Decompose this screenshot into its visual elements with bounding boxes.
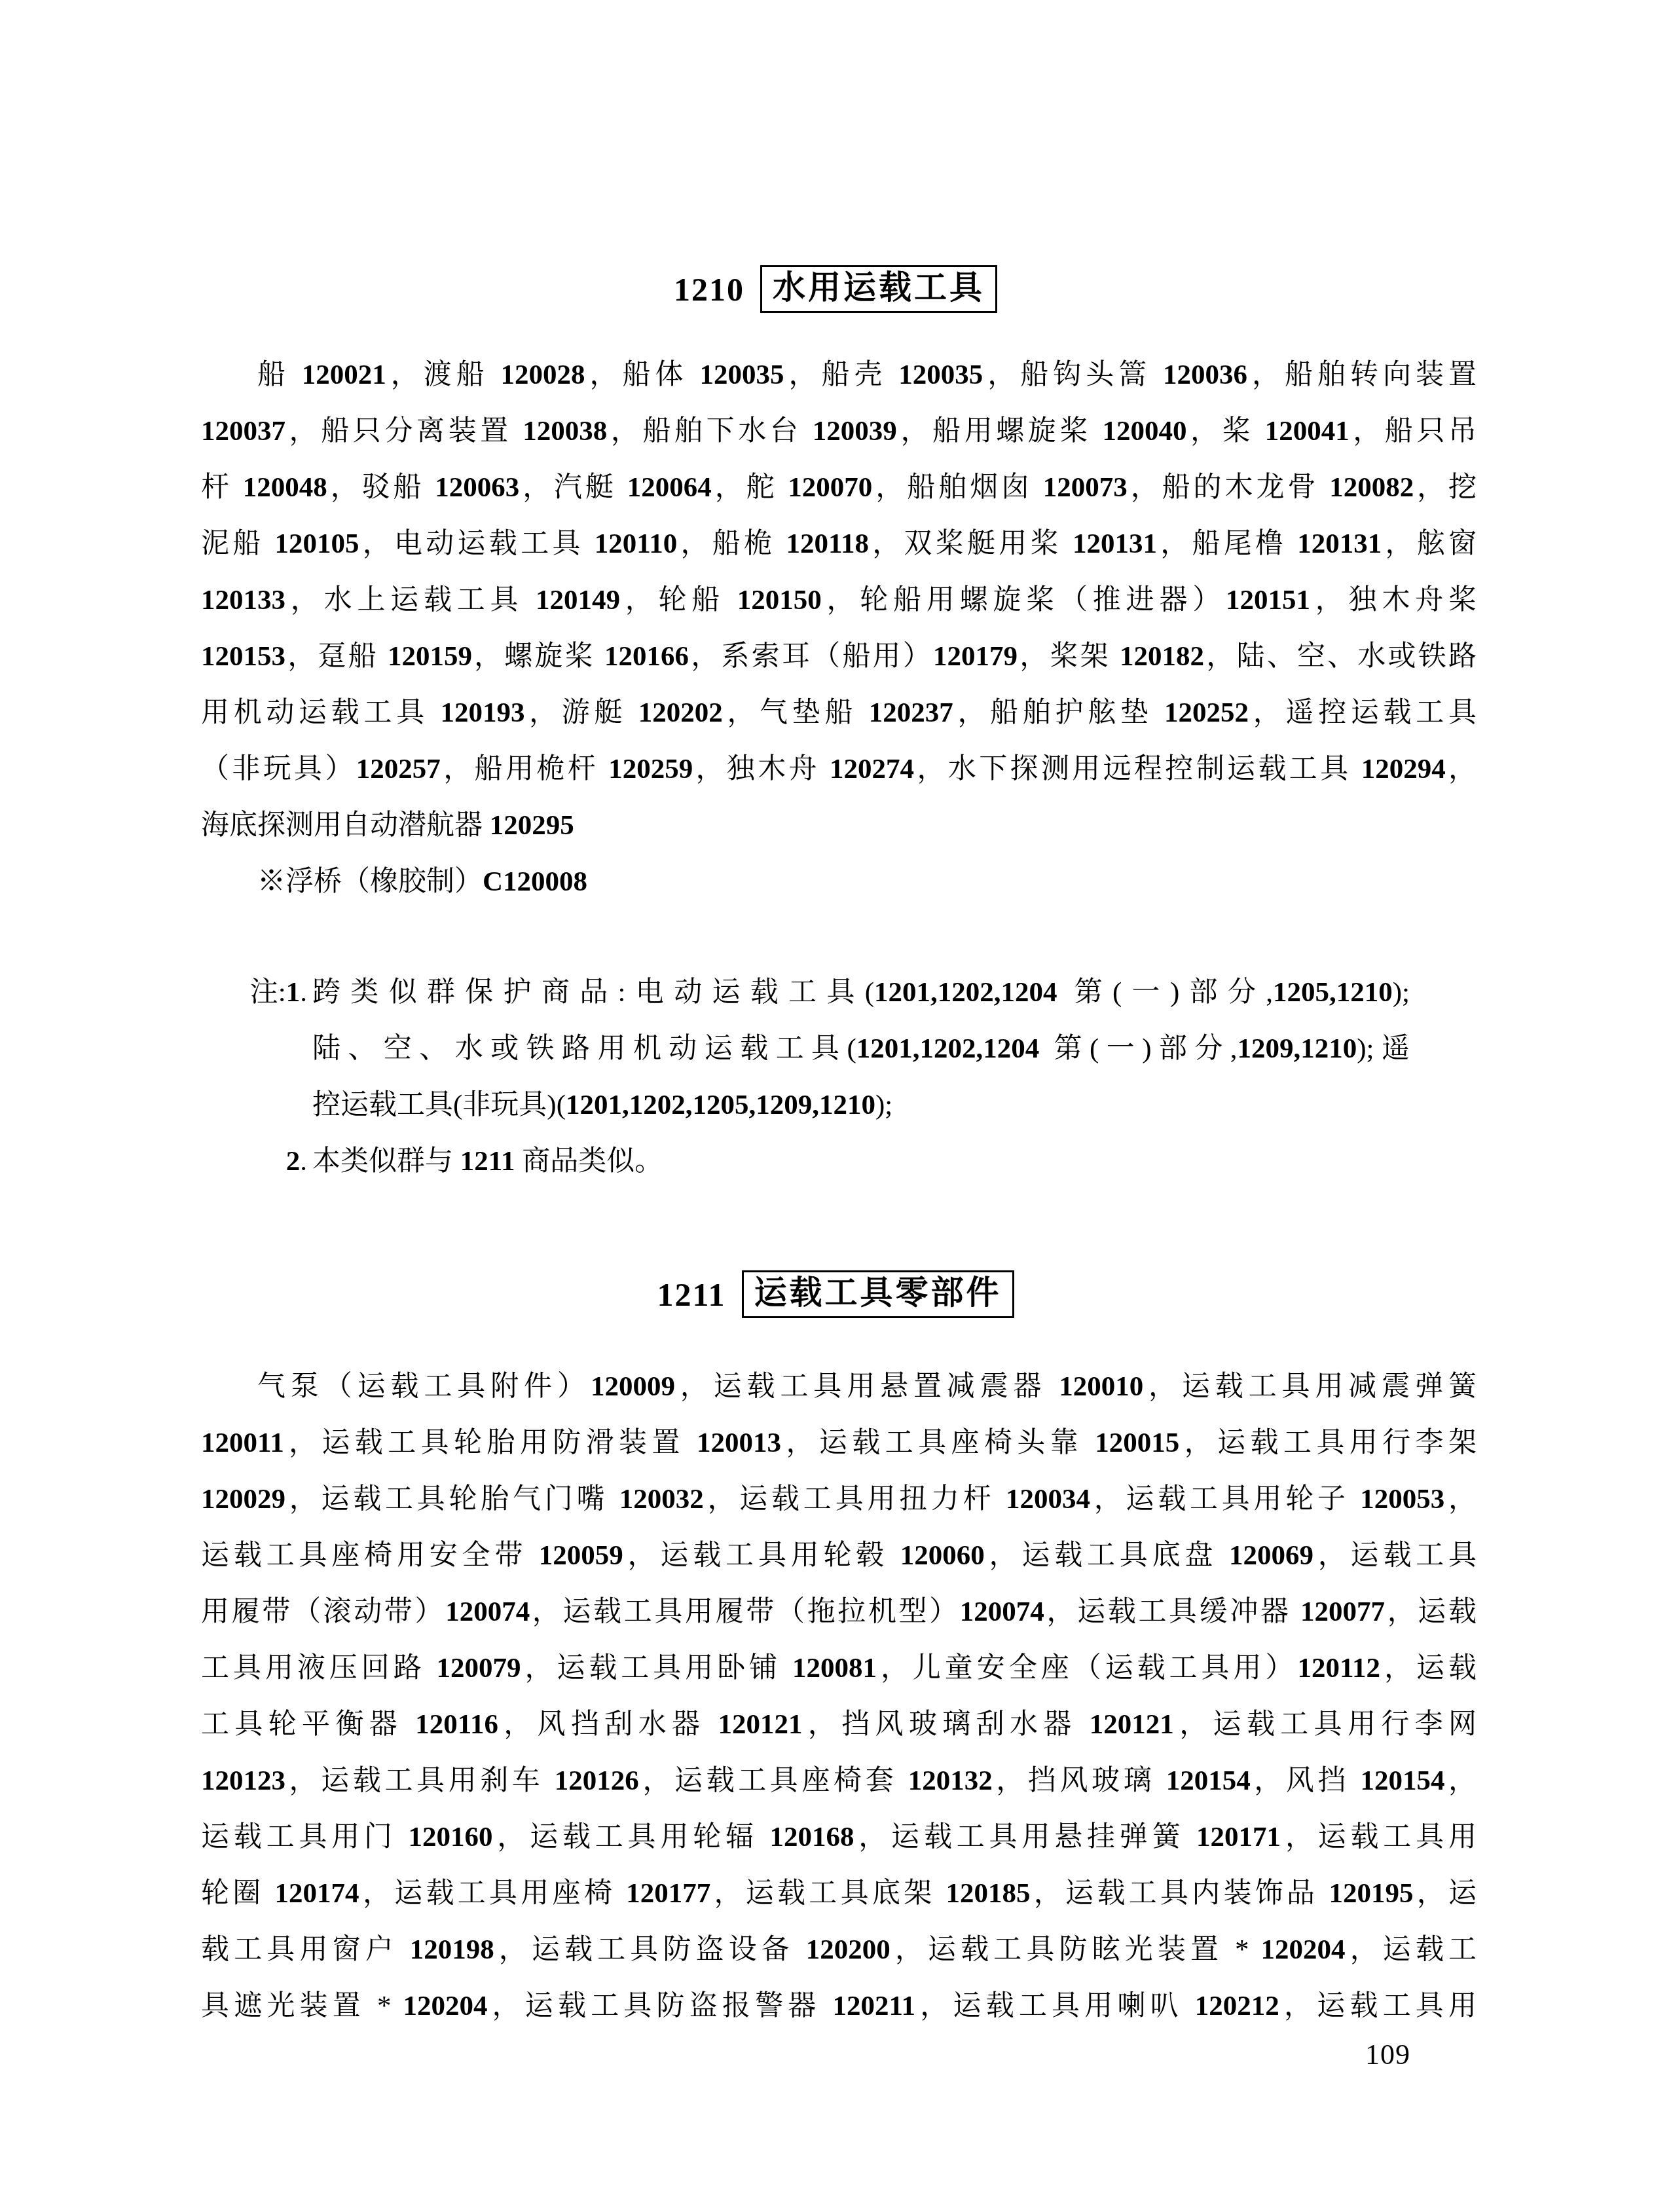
body-line: 载工具用窗户 120198，运载工具防盗设备 120200，运载工具防眩光装置 … bbox=[201, 1922, 1477, 1978]
body-line: 用履带（滚动带）120074，运载工具用履带（拖拉机型）120074，运载工具缓… bbox=[201, 1584, 1477, 1640]
note-line: 跨类似群保护商品:电动运载工具(1201,1202,1204 第(一)部分,12… bbox=[312, 965, 1410, 1021]
body-line: 120153，趸船 120159，螺旋桨 120166，系索耳（船用）12017… bbox=[201, 629, 1477, 685]
body-line: 工具轮平衡器 120116，风挡刮水器 120121，挡风玻璃刮水器 12012… bbox=[201, 1697, 1477, 1753]
section-title: 水用运载工具 bbox=[760, 265, 997, 313]
section-header-1210: 1210 水用运载工具 bbox=[0, 265, 1671, 313]
note-line: 陆、空、水或铁路用机动运载工具(1201,1202,1204 第(一)部分,12… bbox=[312, 1021, 1410, 1077]
page-number: 109 bbox=[1365, 2038, 1410, 2071]
section-1211-body: 气泵（运载工具附件）120009，运载工具用悬置减震器 120010，运载工具用… bbox=[201, 1359, 1477, 2035]
body-line: 120037，船只分离装置 120038，船舶下水台 120039，船用螺旋桨 … bbox=[201, 403, 1477, 460]
body-line: 泥船 120105，电动运载工具 120110，船桅 120118，双桨艇用桨 … bbox=[201, 516, 1477, 572]
note-line: 控运载工具(非玩具)(1201,1202,1205,1209,1210); bbox=[312, 1077, 1410, 1134]
body-line: 具遮光装置 * 120204，运载工具防盗报警器 120211，运载工具用喇叭 … bbox=[201, 1978, 1477, 2035]
body-line: 120123，运载工具用刹车 120126，运载工具座椅套 120132，挡风玻… bbox=[201, 1753, 1477, 1809]
body-line: 运载工具座椅用安全带 120059，运载工具用轮毂 120060，运载工具底盘 … bbox=[201, 1528, 1477, 1584]
section-code: 1210 bbox=[674, 270, 744, 308]
document-page: 1210 水用运载工具 船 120021，渡船 120028，船体 120035… bbox=[0, 0, 1671, 2212]
note-label: 2. bbox=[246, 1134, 307, 1190]
section-1210-notes: 注:1. 跨类似群保护商品:电动运载工具(1201,1202,1204 第(一)… bbox=[246, 965, 1477, 1190]
body-line: 120133，水上运载工具 120149，轮船 120150，轮船用螺旋桨（推进… bbox=[201, 572, 1477, 629]
section-1210-body: 船 120021，渡船 120028，船体 120035，船壳 120035，船… bbox=[201, 347, 1477, 910]
section-title: 运载工具零部件 bbox=[742, 1270, 1014, 1318]
body-line: 用机动运载工具 120193，游艇 120202，气垫船 120237，船舶护舷… bbox=[201, 685, 1477, 741]
body-line: （非玩具）120257，船用桅杆 120259，独木舟 120274，水下探测用… bbox=[201, 741, 1477, 798]
note-item: 注:1. 跨类似群保护商品:电动运载工具(1201,1202,1204 第(一)… bbox=[246, 965, 1477, 1134]
section-header-1211: 1211 运载工具零部件 bbox=[0, 1270, 1671, 1318]
body-line-special-item: ※浮桥（橡胶制）C120008 bbox=[201, 854, 1477, 910]
body-line: 气泵（运载工具附件）120009，运载工具用悬置减震器 120010，运载工具用… bbox=[201, 1359, 1477, 1415]
section-code: 1211 bbox=[657, 1276, 725, 1314]
note-label: 注:1. bbox=[246, 965, 307, 1021]
body-line: 杆 120048，驳船 120063，汽艇 120064，舵 120070，船舶… bbox=[201, 460, 1477, 516]
body-line: 轮圈 120174，运载工具用座椅 120177，运载工具底架 120185，运… bbox=[201, 1866, 1477, 1922]
body-line: 120029，运载工具轮胎气门嘴 120032，运载工具用扭力杆 120034，… bbox=[201, 1471, 1477, 1528]
body-line: 船 120021，渡船 120028，船体 120035，船壳 120035，船… bbox=[201, 347, 1477, 403]
body-line: 120011，运载工具轮胎用防滑装置 120013，运载工具座椅头靠 12001… bbox=[201, 1415, 1477, 1471]
body-line: 运载工具用门 120160，运载工具用轮辐 120168，运载工具用悬挂弹簧 1… bbox=[201, 1809, 1477, 1866]
note-line: 本类似群与 1211 商品类似。 bbox=[312, 1134, 1410, 1190]
note-item: 2. 本类似群与 1211 商品类似。 bbox=[246, 1134, 1477, 1190]
body-line: 工具用液压回路 120079，运载工具用卧铺 120081，儿童安全座（运载工具… bbox=[201, 1640, 1477, 1697]
body-line: 海底探测用自动潜航器 120295 bbox=[201, 798, 1477, 854]
